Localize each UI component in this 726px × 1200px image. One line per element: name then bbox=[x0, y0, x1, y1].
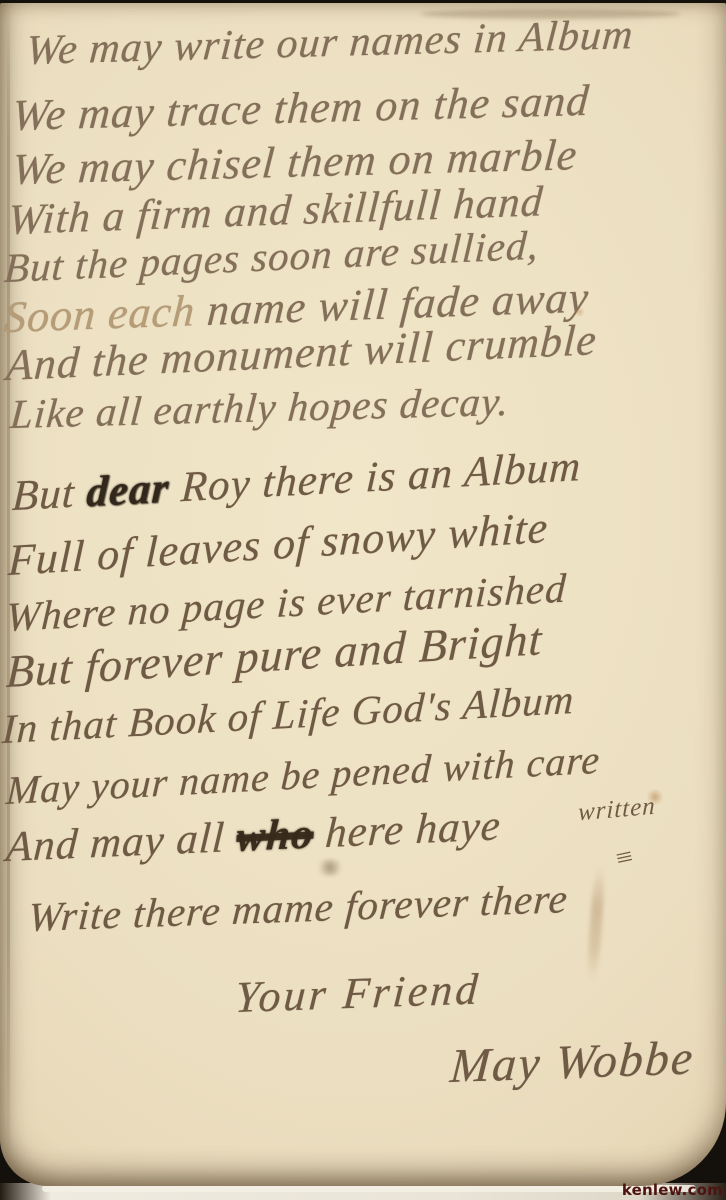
signature: May Wobbe bbox=[449, 1034, 696, 1091]
poem-line: We may trace them on the sand bbox=[11, 79, 592, 138]
page-crease bbox=[7, 6, 10, 1166]
poem-line-pre: But bbox=[11, 469, 88, 520]
poem-line: Like all earthly hopes decay. bbox=[9, 381, 511, 435]
poem-line: And may all who here haye bbox=[5, 804, 502, 869]
poem-line: May your name be pened with care bbox=[5, 740, 601, 811]
insertion-mark: ≡ bbox=[613, 842, 636, 874]
album-page: We may write our names in Album We may t… bbox=[0, 3, 726, 1186]
poem-line-post: Roy there is an Album bbox=[168, 443, 582, 512]
watermark: kenlew.com bbox=[622, 1181, 723, 1199]
poem-line: We may write our names in Album bbox=[25, 14, 635, 72]
overwritten-word: dear bbox=[85, 465, 170, 517]
paper-crease-stain bbox=[586, 865, 606, 984]
photograph-of-album-page: We may write our names in Album We may t… bbox=[0, 0, 726, 1200]
page-underneath-edge bbox=[42, 1185, 696, 1192]
inserted-word: written bbox=[578, 793, 656, 828]
ink-smudge bbox=[316, 859, 344, 876]
crossed-out-word: who bbox=[235, 810, 315, 861]
poem-line: Write there mame forever there bbox=[27, 878, 570, 938]
closing-salutation: Your Friend bbox=[234, 967, 482, 1020]
poem-line-pre: And may all bbox=[5, 814, 238, 871]
poem-line-post: here haye bbox=[312, 802, 502, 857]
